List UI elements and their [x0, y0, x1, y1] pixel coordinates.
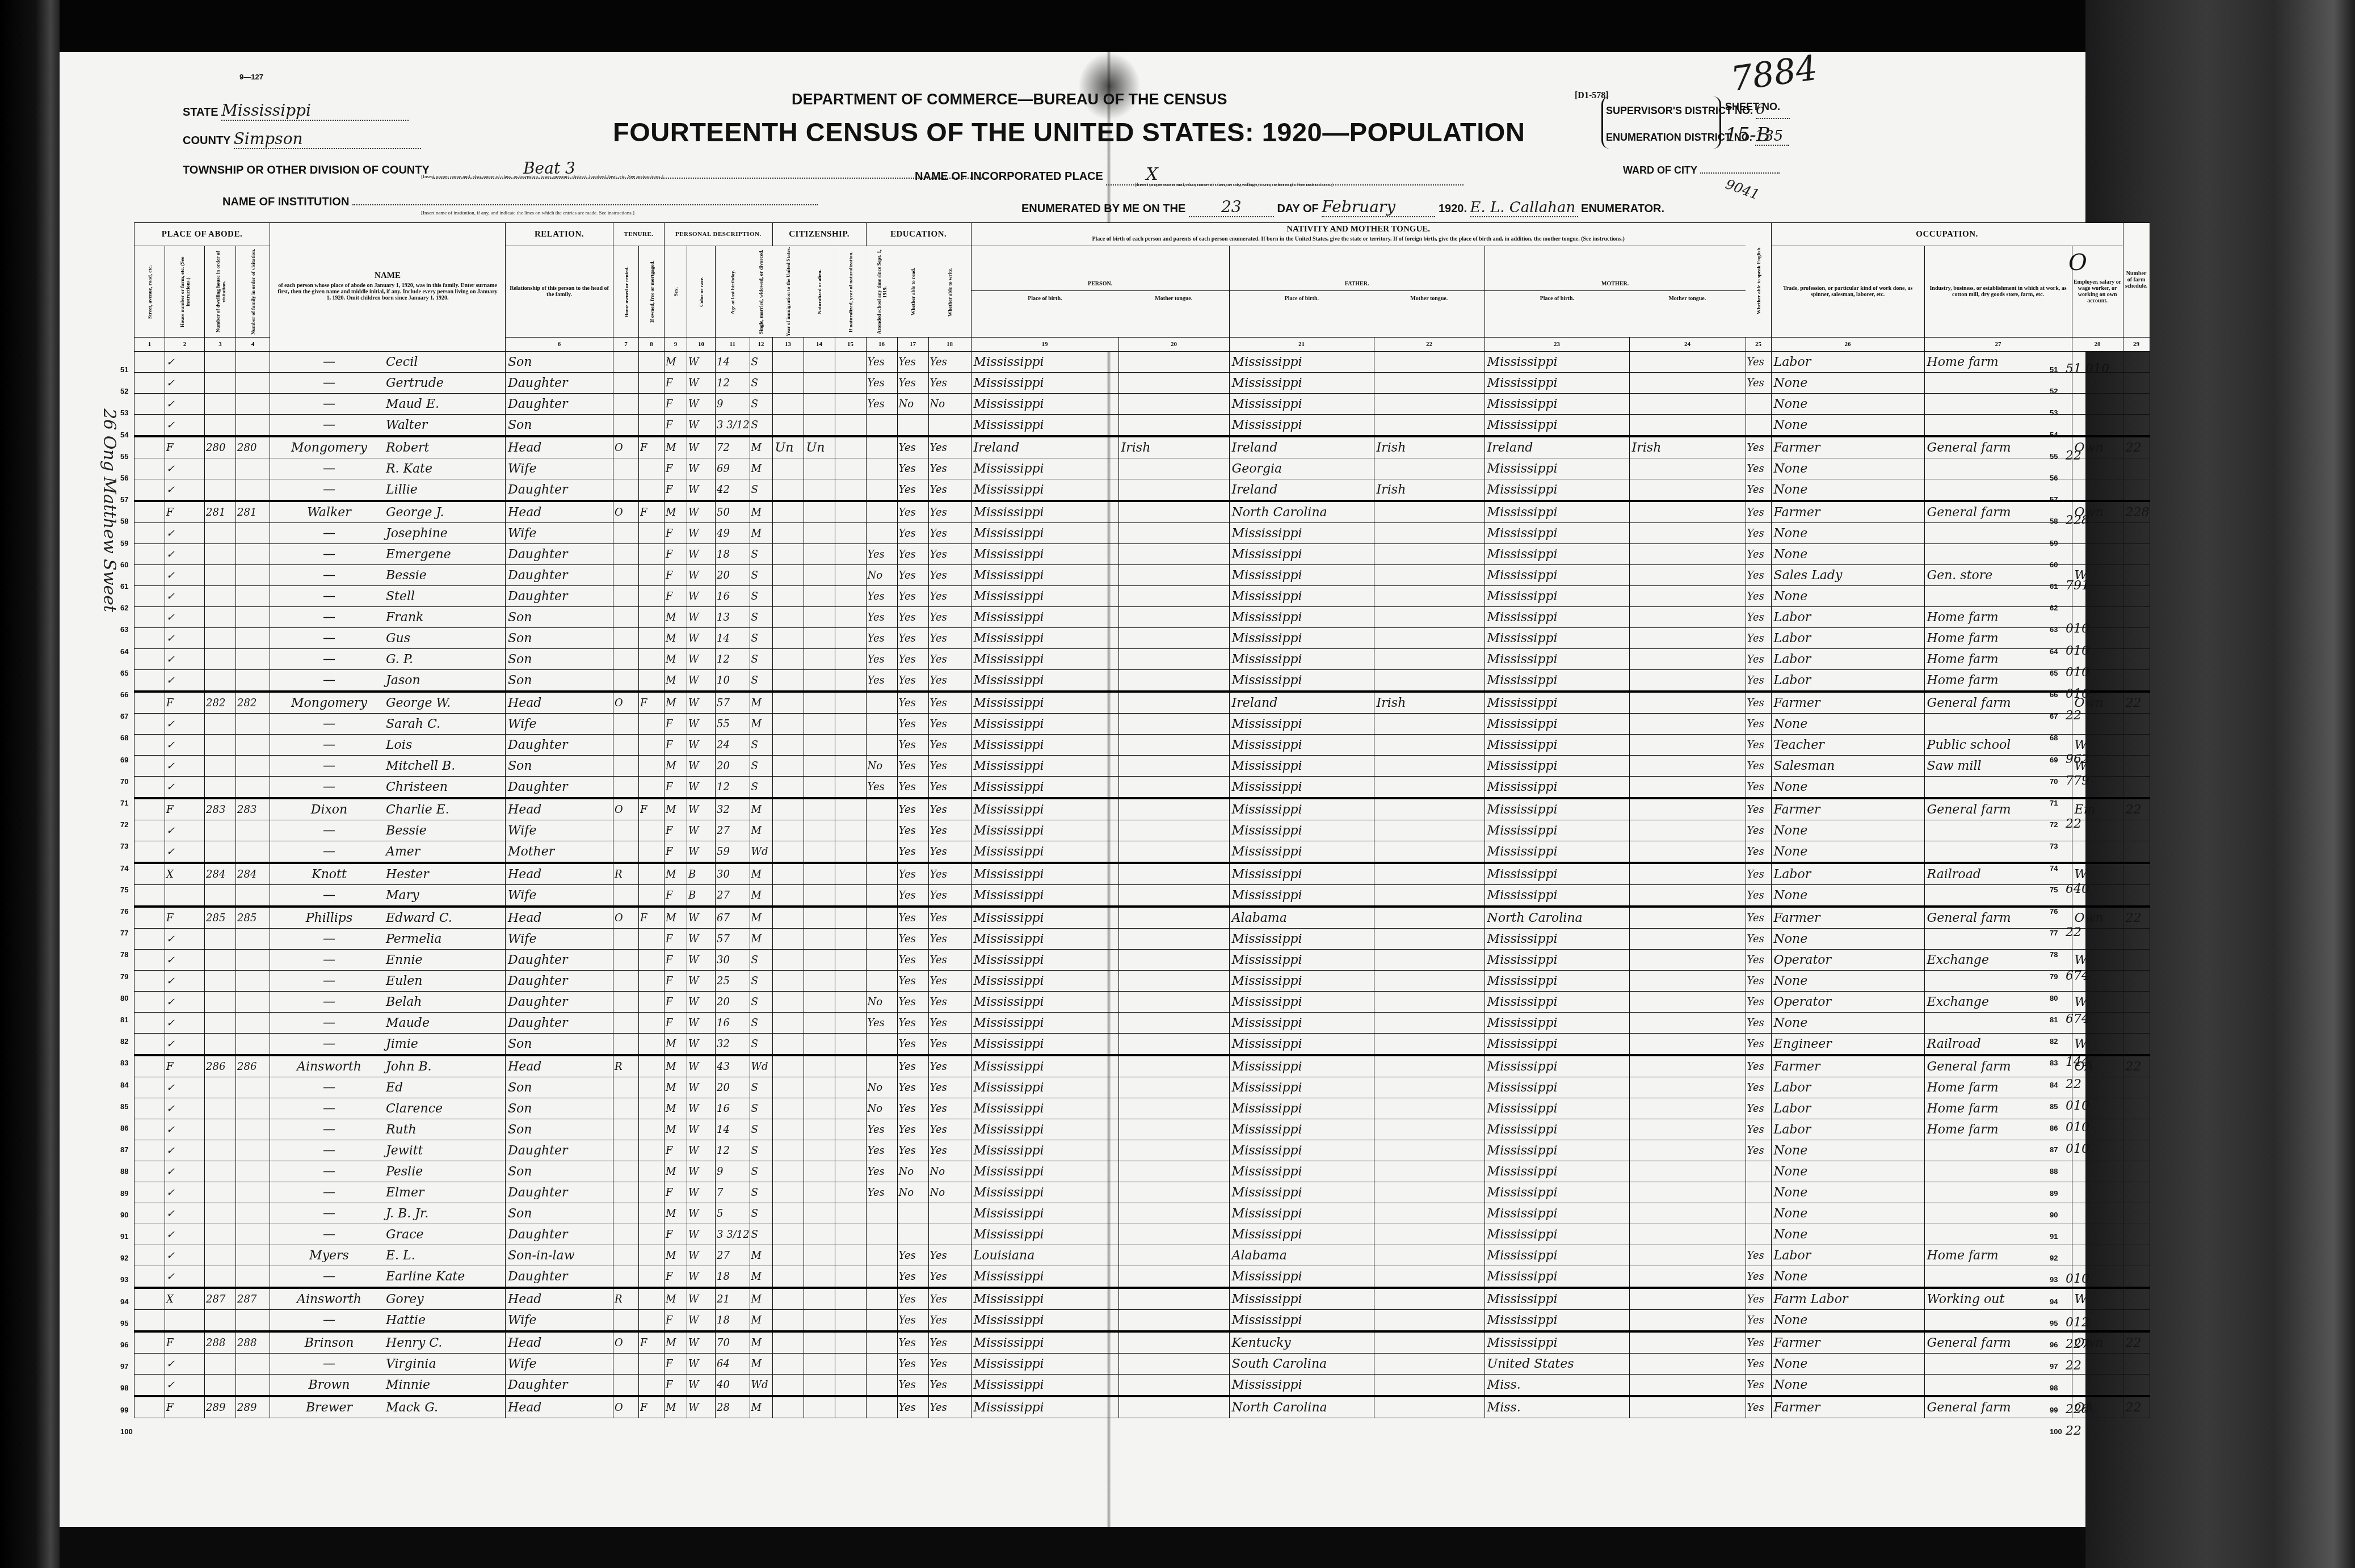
- cell-mother-birthplace: Mississippi: [1485, 885, 1629, 907]
- cell-sex: M: [665, 628, 687, 649]
- cell-home-owned: [613, 1224, 639, 1245]
- group-personal: PERSONAL DESCRIPTION.: [665, 223, 773, 246]
- cell-immigration-year: [772, 523, 804, 544]
- cell-color-race: W: [687, 992, 716, 1013]
- cell-employer-class: [2072, 1224, 2123, 1245]
- cell-naturalization-year: [835, 670, 866, 692]
- surname: Ainsworth: [272, 1292, 386, 1306]
- col-1-header: Street, avenue, road, etc.: [134, 246, 165, 338]
- cell-age: 27: [716, 820, 750, 841]
- cell-color-race: W: [687, 1140, 716, 1161]
- year-label: 1920.: [1439, 203, 1467, 215]
- cell-employer-class: W: [2072, 863, 2123, 885]
- cell-mother-tongue: [1118, 1161, 1229, 1182]
- cell-naturalization-year: [835, 565, 866, 586]
- cell-immigration-year: [772, 1310, 804, 1332]
- cell-house-number: ✓: [165, 950, 205, 971]
- cell-mother-mother-tongue: [1629, 971, 1746, 992]
- cell-farm-schedule: [2123, 565, 2150, 586]
- surname: —: [272, 631, 386, 646]
- cell-mother-mother-tongue: [1629, 735, 1746, 756]
- line-number-left: 94: [120, 1297, 128, 1306]
- cell-person-name: —Gertrude: [270, 373, 506, 394]
- cell-person-name: —Emergene: [270, 544, 506, 565]
- cell-can-write: Yes: [928, 458, 971, 479]
- cell-mother-tongue: [1118, 1182, 1229, 1203]
- cell-person-name: —Walter: [270, 415, 506, 437]
- cell-age: 12: [716, 373, 750, 394]
- line-number-left: 52: [120, 387, 128, 395]
- cell-sex: M: [665, 692, 687, 714]
- cell-house-number: [165, 1310, 205, 1332]
- cell-can-read: Yes: [897, 1288, 928, 1310]
- cell-family-number: [236, 1182, 270, 1203]
- cell-occupation: None: [1771, 523, 1924, 544]
- cell-birthplace: Mississippi: [971, 352, 1118, 373]
- surname: Dixon: [272, 803, 386, 817]
- line-number-right: 73: [2050, 842, 2058, 850]
- cell-age: 10: [716, 670, 750, 692]
- cell-naturalized: [804, 1055, 835, 1077]
- cell-sex: F: [665, 1266, 687, 1288]
- table-row: ✓—RuthSonMW14SYesYesYesMississippiMissis…: [134, 1119, 2150, 1140]
- cell-marital-status: M: [750, 458, 772, 479]
- cell-mother-birthplace: Mississippi: [1485, 1140, 1629, 1161]
- cell-mother-mother-tongue: [1629, 373, 1746, 394]
- cell-occupation: Farmer: [1771, 798, 1924, 820]
- cell-mother-tongue: [1118, 373, 1229, 394]
- cell-free-mortgaged: [639, 1119, 665, 1140]
- cell-relationship: Daughter: [506, 373, 613, 394]
- cell-naturalized: [804, 1266, 835, 1288]
- col-num-16: 16: [866, 338, 897, 352]
- cell-home-owned: [613, 1119, 639, 1140]
- cell-attended-school: [866, 501, 897, 523]
- cell-mother-birthplace: Mississippi: [1485, 415, 1629, 437]
- cell-home-owned: [613, 352, 639, 373]
- cell-mother-birthplace: Mississippi: [1485, 544, 1629, 565]
- cell-father-birthplace: Mississippi: [1229, 1013, 1374, 1034]
- cell-naturalized: [804, 1140, 835, 1161]
- given-name: Gorey: [386, 1292, 424, 1306]
- cell-mother-tongue: [1118, 458, 1229, 479]
- cell-person-name: —Permelia: [270, 929, 506, 950]
- cell-speaks-english: [1746, 1203, 1771, 1224]
- cell-attended-school: [866, 820, 897, 841]
- cell-birthplace: Mississippi: [971, 1161, 1118, 1182]
- cell-occupation: None: [1771, 373, 1924, 394]
- cell-house-number: ✓: [165, 971, 205, 992]
- cell-mother-mother-tongue: [1629, 1354, 1746, 1375]
- cell-person-name: —Lois: [270, 735, 506, 756]
- cell-age: 27: [716, 1245, 750, 1266]
- cell-can-read: Yes: [897, 756, 928, 777]
- line-number-right: 81: [2050, 1015, 2058, 1024]
- given-name: Gertrude: [386, 376, 444, 390]
- cell-sex: F: [665, 586, 687, 607]
- cell-farm-schedule: 22: [2123, 1396, 2150, 1418]
- line-number-left: 83: [120, 1059, 128, 1067]
- cell-birthplace: Mississippi: [971, 628, 1118, 649]
- cell-can-read: Yes: [897, 523, 928, 544]
- line-number-left: 64: [120, 647, 128, 656]
- cell-father-birthplace: Mississippi: [1229, 798, 1374, 820]
- cell-color-race: W: [687, 929, 716, 950]
- cell-mother-mother-tongue: [1629, 1375, 1746, 1397]
- cell-immigration-year: [772, 777, 804, 799]
- cell-street: [134, 1013, 165, 1034]
- cell-mother-tongue: [1118, 841, 1229, 863]
- cell-father-birthplace: Alabama: [1229, 1245, 1374, 1266]
- cell-attended-school: [866, 863, 897, 885]
- cell-birthplace: Mississippi: [971, 479, 1118, 501]
- cell-father-mother-tongue: [1374, 756, 1485, 777]
- cell-relationship: Son: [506, 1077, 613, 1098]
- cell-mother-mother-tongue: [1629, 992, 1746, 1013]
- cell-marital-status: S: [750, 628, 772, 649]
- col-num-17: 17: [897, 338, 928, 352]
- cell-family-number: [236, 523, 270, 544]
- col-13-header: Year of immigration to the United States…: [772, 246, 804, 338]
- cell-naturalized: [804, 1203, 835, 1224]
- cell-farm-schedule: [2123, 1140, 2150, 1161]
- surname: —: [272, 1228, 386, 1242]
- cell-color-race: W: [687, 670, 716, 692]
- cell-birthplace: Mississippi: [971, 1203, 1118, 1224]
- cell-naturalization-year: [835, 798, 866, 820]
- table-row: F282282MongomeryGeorge W.HeadOFMW57MYesY…: [134, 692, 2150, 714]
- cell-sex: M: [665, 1203, 687, 1224]
- cell-mother-mother-tongue: [1629, 523, 1746, 544]
- given-name: Sarah C.: [386, 717, 440, 731]
- given-name: Mitchell B.: [386, 759, 455, 773]
- surname: —: [272, 397, 386, 411]
- cell-mother-birthplace: Mississippi: [1485, 586, 1629, 607]
- given-name: Clarence: [386, 1102, 443, 1116]
- surname: —: [272, 1186, 386, 1200]
- col-num-22: 22: [1374, 338, 1485, 352]
- cell-can-write: Yes: [928, 1310, 971, 1332]
- cell-dwelling-number: [205, 820, 236, 841]
- cell-employer-class: [2072, 1182, 2123, 1203]
- cell-occupation: Operator: [1771, 992, 1924, 1013]
- cell-family-number: 288: [236, 1331, 270, 1354]
- cell-father-birthplace: Mississippi: [1229, 1055, 1374, 1077]
- cell-naturalization-year: [835, 1055, 866, 1077]
- cell-family-number: 284: [236, 863, 270, 885]
- occupation-code: 010: [2066, 665, 2089, 680]
- cell-house-number: F: [165, 436, 205, 458]
- cell-street: [134, 586, 165, 607]
- cell-relationship: Wife: [506, 820, 613, 841]
- cell-family-number: [236, 992, 270, 1013]
- cell-attended-school: Yes: [866, 373, 897, 394]
- cell-age: 16: [716, 1013, 750, 1034]
- cell-mother-mother-tongue: [1629, 394, 1746, 415]
- cell-color-race: W: [687, 415, 716, 437]
- cell-immigration-year: [772, 415, 804, 437]
- cell-free-mortgaged: F: [639, 798, 665, 820]
- cell-street: [134, 1288, 165, 1310]
- line-number-right: 58: [2050, 517, 2058, 525]
- cell-mother-mother-tongue: Irish: [1629, 436, 1746, 458]
- cell-naturalized: [804, 586, 835, 607]
- cell-free-mortgaged: [639, 479, 665, 501]
- cell-person-name: —G. P.: [270, 649, 506, 670]
- surname: —: [272, 652, 386, 667]
- cell-marital-status: S: [750, 1077, 772, 1098]
- col-9-header: Sex.: [665, 246, 687, 338]
- cell-can-write: Yes: [928, 863, 971, 885]
- incorporated-label: NAME OF INCORPORATED PLACE: [915, 170, 1103, 183]
- cell-dwelling-number: [205, 885, 236, 907]
- cell-color-race: W: [687, 436, 716, 458]
- cell-dwelling-number: [205, 1310, 236, 1332]
- cell-attended-school: Yes: [866, 394, 897, 415]
- cell-family-number: [236, 1161, 270, 1182]
- line-number-left: 77: [120, 929, 128, 937]
- cell-naturalization-year: [835, 458, 866, 479]
- cell-house-number: ✓: [165, 373, 205, 394]
- line-number-left: 95: [120, 1319, 128, 1327]
- cell-occupation: None: [1771, 929, 1924, 950]
- cell-father-mother-tongue: [1374, 670, 1485, 692]
- cell-street: [134, 628, 165, 649]
- cell-speaks-english: Yes: [1746, 479, 1771, 501]
- cell-free-mortgaged: [639, 714, 665, 735]
- cell-occupation: None: [1771, 1182, 1924, 1203]
- line-number-right: 68: [2050, 734, 2058, 742]
- cell-sex: M: [665, 1034, 687, 1056]
- cell-mother-birthplace: Mississippi: [1485, 1055, 1629, 1077]
- table-row: ✓—JasonSonMW10SYesYesYesMississippiMissi…: [134, 670, 2150, 692]
- cell-naturalized: [804, 628, 835, 649]
- cell-can-write: Yes: [928, 735, 971, 756]
- cell-mother-birthplace: Mississippi: [1485, 1098, 1629, 1119]
- cell-age: 42: [716, 479, 750, 501]
- cell-color-race: W: [687, 565, 716, 586]
- cell-mother-tongue: Irish: [1118, 436, 1229, 458]
- cell-home-owned: [613, 820, 639, 841]
- cell-color-race: B: [687, 863, 716, 885]
- line-number-left: 80: [120, 994, 128, 1002]
- given-name: Stell: [386, 589, 415, 604]
- cell-father-mother-tongue: [1374, 1182, 1485, 1203]
- cell-street: [134, 1331, 165, 1354]
- cell-free-mortgaged: [639, 352, 665, 373]
- cell-naturalized: [804, 565, 835, 586]
- cell-mother-birthplace: Mississippi: [1485, 841, 1629, 863]
- county-field: COUNTY Simpson: [183, 129, 421, 149]
- surname: —: [272, 759, 386, 773]
- cell-relationship: Daughter: [506, 1013, 613, 1034]
- cell-age: 12: [716, 649, 750, 670]
- ward-value: [1700, 172, 1780, 174]
- cell-relationship: Head: [506, 798, 613, 820]
- cell-can-read: Yes: [897, 1013, 928, 1034]
- cell-house-number: ✓: [165, 1119, 205, 1140]
- cell-occupation: None: [1771, 458, 1924, 479]
- cell-farm-schedule: [2123, 820, 2150, 841]
- cell-house-number: ✓: [165, 929, 205, 950]
- cell-age: 57: [716, 692, 750, 714]
- cell-immigration-year: [772, 1077, 804, 1098]
- cell-birthplace: Mississippi: [971, 863, 1118, 885]
- cell-relationship: Daughter: [506, 1375, 613, 1397]
- cell-occupation: None: [1771, 1161, 1924, 1182]
- cell-mother-tongue: [1118, 798, 1229, 820]
- cell-marital-status: S: [750, 352, 772, 373]
- cell-occupation: None: [1771, 1354, 1924, 1375]
- surname: Walker: [272, 505, 386, 520]
- line-number-left: 57: [120, 495, 128, 504]
- cell-occupation: Sales Lady: [1771, 565, 1924, 586]
- cell-family-number: [236, 586, 270, 607]
- cell-father-mother-tongue: [1374, 1203, 1485, 1224]
- table-row: F283283DixonCharlie E.HeadOFMW32MYesYesM…: [134, 798, 2150, 820]
- cell-mother-tongue: [1118, 1013, 1229, 1034]
- col-23-header: Place of birth.: [1485, 296, 1629, 302]
- cell-father-birthplace: Mississippi: [1229, 929, 1374, 950]
- cell-attended-school: Yes: [866, 352, 897, 373]
- cell-mother-mother-tongue: [1629, 1331, 1746, 1354]
- cell-can-write: No: [928, 394, 971, 415]
- cell-naturalized: [804, 544, 835, 565]
- cell-person-name: —Mary: [270, 885, 506, 907]
- cell-attended-school: [866, 1331, 897, 1354]
- table-row: —HattieWifeFW18MYesYesMississippiMississ…: [134, 1310, 2150, 1332]
- county-value: Simpson: [234, 129, 421, 149]
- cell-birthplace: Mississippi: [971, 907, 1118, 929]
- cell-marital-status: M: [750, 436, 772, 458]
- cell-birthplace: Mississippi: [971, 1055, 1118, 1077]
- surname: —: [272, 376, 386, 390]
- cell-speaks-english: Yes: [1746, 798, 1771, 820]
- cell-person-name: AinsworthGorey: [270, 1288, 506, 1310]
- cell-mother-tongue: [1118, 1288, 1229, 1310]
- cell-occupation: Farm Labor: [1771, 1288, 1924, 1310]
- cell-person-name: —Virginia: [270, 1354, 506, 1375]
- cell-home-owned: [613, 394, 639, 415]
- cell-person-name: —Jimie: [270, 1034, 506, 1056]
- cell-farm-schedule: [2123, 1375, 2150, 1397]
- given-name: John B.: [386, 1060, 432, 1074]
- cell-mother-mother-tongue: [1629, 1224, 1746, 1245]
- cell-father-birthplace: Mississippi: [1229, 1310, 1374, 1332]
- cell-street: [134, 735, 165, 756]
- cell-sex: F: [665, 1182, 687, 1203]
- given-name: Frank: [386, 610, 423, 625]
- cell-immigration-year: [772, 1331, 804, 1354]
- cell-occupation: Farmer: [1771, 436, 1924, 458]
- surname: —: [272, 780, 386, 794]
- cell-marital-status: M: [750, 1331, 772, 1354]
- cell-can-write: Yes: [928, 1396, 971, 1418]
- cell-farm-schedule: [2123, 352, 2150, 373]
- cell-street: [134, 479, 165, 501]
- cell-sex: M: [665, 501, 687, 523]
- cell-can-read: Yes: [897, 1077, 928, 1098]
- occupation-code: 010: [2066, 622, 2089, 636]
- cell-father-birthplace: Kentucky: [1229, 1331, 1374, 1354]
- cell-family-number: [236, 628, 270, 649]
- cell-immigration-year: [772, 649, 804, 670]
- cell-family-number: 286: [236, 1055, 270, 1077]
- cell-free-mortgaged: [639, 735, 665, 756]
- cell-father-mother-tongue: [1374, 1288, 1485, 1310]
- cell-family-number: [236, 394, 270, 415]
- cell-relationship: Daughter: [506, 394, 613, 415]
- cell-farm-schedule: 22: [2123, 692, 2150, 714]
- cell-home-owned: R: [613, 1055, 639, 1077]
- cell-father-birthplace: Mississippi: [1229, 820, 1374, 841]
- cell-can-read: Yes: [897, 971, 928, 992]
- cell-house-number: ✓: [165, 565, 205, 586]
- cell-mother-tongue: [1118, 670, 1229, 692]
- cell-naturalization-year: [835, 692, 866, 714]
- cell-family-number: [236, 544, 270, 565]
- cell-age: 55: [716, 714, 750, 735]
- cell-speaks-english: Yes: [1746, 1396, 1771, 1418]
- line-number-right: 77: [2050, 929, 2058, 937]
- cell-relationship: Daughter: [506, 950, 613, 971]
- table-row: X284284KnottHesterHeadRMB30MYesYesMissis…: [134, 863, 2150, 885]
- cell-free-mortgaged: [639, 1310, 665, 1332]
- given-name: Eulen: [386, 974, 422, 988]
- cell-father-birthplace: Mississippi: [1229, 586, 1374, 607]
- cell-father-mother-tongue: [1374, 929, 1485, 950]
- cell-relationship: Wife: [506, 1310, 613, 1332]
- cell-mother-tongue: [1118, 1203, 1229, 1224]
- cell-can-read: Yes: [897, 1354, 928, 1375]
- line-number-left: 58: [120, 517, 128, 525]
- cell-father-mother-tongue: [1374, 1055, 1485, 1077]
- cell-sex: F: [665, 523, 687, 544]
- cell-sex: M: [665, 907, 687, 929]
- cell-immigration-year: [772, 971, 804, 992]
- cell-sex: M: [665, 1331, 687, 1354]
- table-row: F288288BrinsonHenry C.HeadOFMW70MYesYesM…: [134, 1331, 2150, 1354]
- cell-home-owned: [613, 586, 639, 607]
- cell-can-read: Yes: [897, 373, 928, 394]
- cell-person-name: MyersE. L.: [270, 1245, 506, 1266]
- cell-attended-school: [866, 798, 897, 820]
- line-number-left: 66: [120, 690, 128, 699]
- cell-farm-schedule: [2123, 1077, 2150, 1098]
- cell-mother-birthplace: Mississippi: [1485, 798, 1629, 820]
- cell-birthplace: Mississippi: [971, 820, 1118, 841]
- line-number-right: 92: [2050, 1254, 2058, 1262]
- cell-mother-mother-tongue: [1629, 1310, 1746, 1332]
- cell-dwelling-number: [205, 1034, 236, 1056]
- cell-sex: F: [665, 1310, 687, 1332]
- cell-home-owned: [613, 544, 639, 565]
- cell-mother-mother-tongue: [1629, 863, 1746, 885]
- cell-birthplace: Mississippi: [971, 971, 1118, 992]
- cell-free-mortgaged: [639, 1055, 665, 1077]
- cell-mother-tongue: [1118, 1375, 1229, 1397]
- cell-immigration-year: [772, 1140, 804, 1161]
- cell-relationship: Son: [506, 670, 613, 692]
- cell-free-mortgaged: [639, 373, 665, 394]
- cell-free-mortgaged: [639, 628, 665, 649]
- occupation-code: 227: [2066, 1337, 2089, 1351]
- surname: —: [272, 1016, 386, 1030]
- cell-naturalization-year: [835, 1288, 866, 1310]
- cell-sex: M: [665, 798, 687, 820]
- col-14-header: Naturalized or alien.: [804, 246, 835, 338]
- cell-family-number: 289: [236, 1396, 270, 1418]
